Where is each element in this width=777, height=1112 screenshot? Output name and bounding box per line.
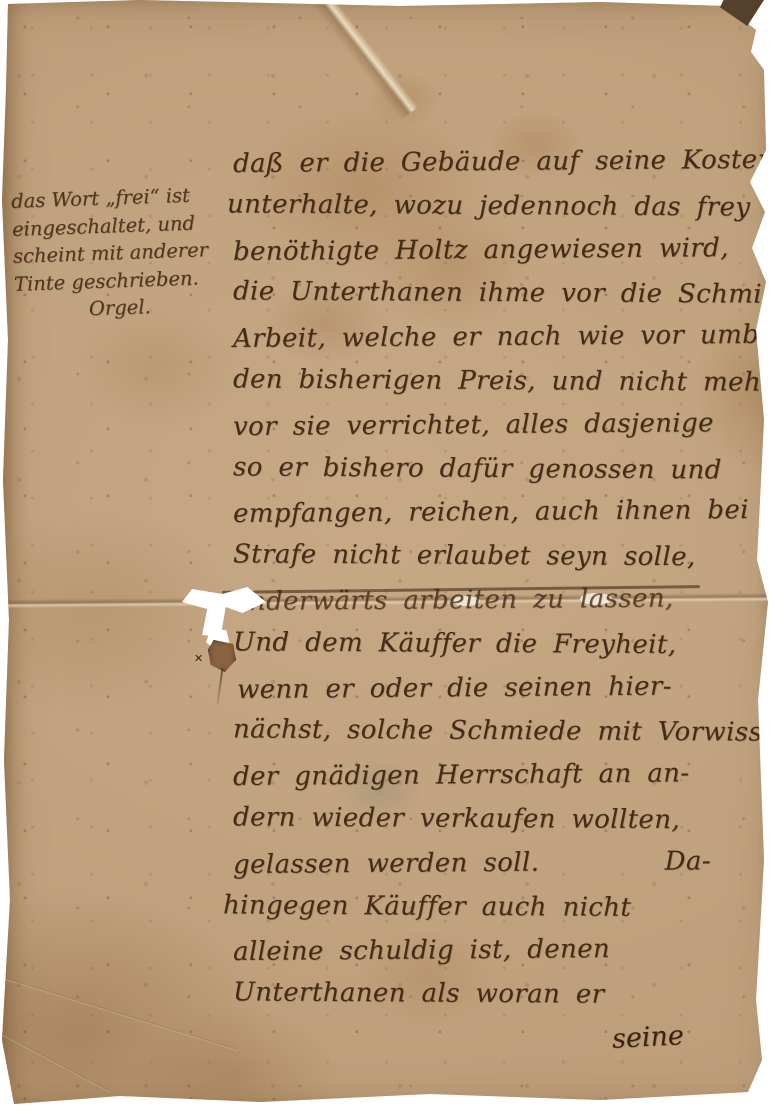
text-line: die Unterthanen ihme vor die Schmiede <box>233 271 758 318</box>
text-line: empfangen, reichen, auch ihnen bei <box>233 489 758 537</box>
text-line: hingegen Käuffer auch nicht <box>223 884 758 931</box>
text-line: Strafe nicht erlaubet seyn solle, <box>233 534 758 581</box>
text-line: dern wieder verkaufen wollten, <box>233 796 758 843</box>
catchword: seine <box>611 1020 684 1055</box>
bottom-left-crease <box>3 1034 110 1092</box>
top-diagonal-fold-crease <box>309 0 422 120</box>
text-line: der gnädigen Herrschaft an an- <box>233 752 758 800</box>
main-text-block: daß er die Gebäude auf seine Kosten unte… <box>233 141 758 1017</box>
text-line: den bisherigen Preis, und nicht mehr <box>233 358 758 405</box>
margin-note: das Wort „frei“ ist eingeschaltet, und s… <box>11 180 241 325</box>
bottom-left-crease <box>0 975 237 1050</box>
ink-cross-mark: ✕ <box>194 654 203 663</box>
text-line: Unterthanen als woran er <box>233 972 758 1019</box>
text-line-struck: anderwärts arbeiten zu lassen, <box>233 577 758 625</box>
text-line: gelassen werden soll. Da- <box>233 840 758 888</box>
scanned-manuscript-page: das Wort „frei“ ist eingeschaltet, und s… <box>0 0 777 1112</box>
text-line: so er bishero dafür genossen und <box>233 446 758 493</box>
text-line: unterhalte, wozu jedennoch das frey <box>227 183 758 230</box>
text-line: wenn er oder die seinen hier- <box>237 665 758 713</box>
text-line: Arbeit, welche er nach wie vor umb <box>233 314 758 362</box>
manuscript-paper: das Wort „frei“ ist eingeschaltet, und s… <box>0 0 777 1112</box>
text-line: alleine schuldig ist, denen <box>233 927 758 975</box>
text-line: daß er die Gebäude auf seine Kosten <box>233 139 758 187</box>
text-line: nächst, solche Schmiede mit Vorwissen <box>233 709 758 756</box>
text-line: Und dem Käuffer die Freyheit, <box>233 621 758 668</box>
text-line: benöthigte Holtz angewiesen wird, <box>233 227 758 275</box>
text-line: vor sie verrichtet, alles dasjenige <box>233 402 758 450</box>
